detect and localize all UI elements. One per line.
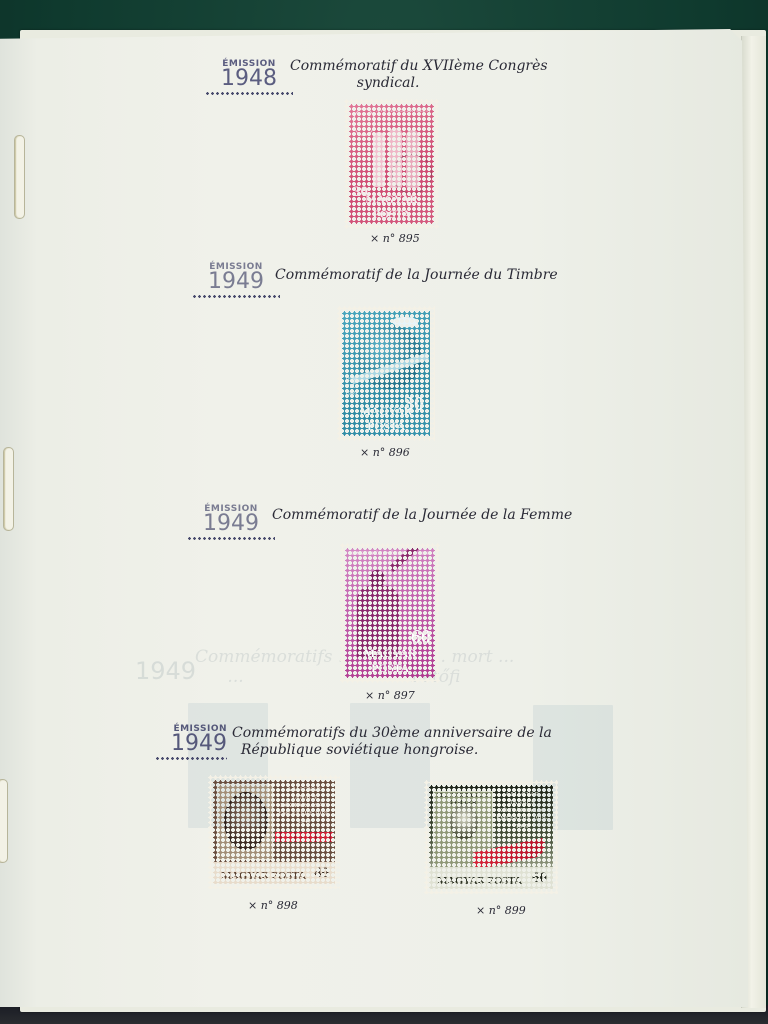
catalogue-number: × n° 897 (365, 689, 415, 702)
union-emblem-icon (353, 108, 375, 136)
section-caption: Commémoratifs du 30ème anniversaire de l… (232, 725, 552, 759)
stamp-country: MAGYAR POSTA (349, 192, 434, 222)
stamp-895[interactable]: XVII SZAKSZERVEZETI 30 MAGYAR POSTA (344, 99, 439, 229)
catalogue-number: × n° 895 (370, 232, 420, 245)
stamp-side-text: 1874 UPU 1949 (345, 377, 361, 398)
bleed-through-year: 1949 (135, 657, 196, 685)
section-caption: Commémoratif de la Journée du Timbre (275, 267, 558, 284)
inner-stamp-frame (217, 784, 273, 860)
stamp-artwork: A MAGYAR TANÁCS KÖZTÁRSASÁG EMLÉKÉRE 191… (213, 780, 335, 884)
catalogue-number: × n° 896 (360, 446, 410, 459)
postmark-icon (392, 154, 432, 194)
stamp-value: 40 (314, 865, 329, 882)
emission-year: 1949 (187, 514, 275, 534)
stamp-top-text: NEMZETKÖZI NŐNAP 1949 III. 8 (349, 551, 429, 557)
emission-stamp-1948: ÉMISSION 1948 (205, 59, 293, 95)
emission-year: 1948 (205, 69, 293, 89)
stamp-side-text: A MAGYAR TANÁCS KÖZTÁRSASÁG EMLÉKÉRE 191… (493, 791, 551, 831)
emission-stamp-1949: ÉMISSION 1949 (155, 724, 227, 760)
dotted-rule (187, 537, 275, 540)
figure-icon (373, 132, 385, 187)
catalogue-number: × n° 898 (248, 899, 298, 912)
stamp-896[interactable]: 1874 UPU 1949 30 MAGYAR POSTA (337, 306, 435, 441)
emission-stamp-1949: ÉMISSION 1949 (192, 262, 280, 298)
emission-year: 1949 (155, 734, 227, 754)
binding-slot (14, 135, 25, 219)
bleed-through-stamp (350, 703, 430, 828)
binding-slot (3, 447, 14, 531)
section-caption: Commémoratif du XVIIème Congrès syndical… (290, 58, 548, 92)
stamp-country: MAGYAR POSTA (345, 646, 435, 676)
stamp-artwork: NEMZETKÖZI NŐNAP 1949 III. 8 60 MAGYAR P… (345, 548, 435, 678)
stamp-top-text: XVII SZAKSZERVEZETI (376, 109, 430, 114)
dotted-rule (155, 757, 227, 760)
stamp-899[interactable]: MAGYAR TANÁCS 5 FILLÉR A MAGYAR TANÁCS K… (424, 780, 558, 894)
stamp-897[interactable]: NEMZETKÖZI NŐNAP 1949 III. 8 60 MAGYAR P… (340, 543, 440, 683)
stamp-value: 60 (532, 870, 547, 887)
dotted-rule (192, 295, 280, 298)
red-flags-icon (275, 832, 333, 842)
dove-icon (392, 317, 418, 327)
dotted-rule (205, 92, 293, 95)
emission-stamp-1949: ÉMISSION 1949 (187, 504, 275, 540)
section-caption: Commémoratif de la Journée de la Femme (272, 507, 572, 524)
catalogue-number: × n° 899 (476, 904, 526, 917)
portrait-icon (224, 792, 268, 850)
stamp-artwork: MAGYAR TANÁCS 5 FILLÉR A MAGYAR TANÁCS K… (429, 785, 553, 889)
portrait-icon (450, 804, 478, 840)
stamp-side-text: A MAGYAR TANÁCS KÖZTÁRSASÁG EMLÉKÉRE 191… (275, 786, 333, 826)
stamp-artwork: XVII SZAKSZERVEZETI 30 MAGYAR POSTA (349, 104, 434, 224)
inner-stamp-text: MAGYAR TANÁCS 5 FILLÉR (436, 793, 490, 807)
stamp-country: MAGYAR POSTA (342, 404, 430, 434)
binding-slot (0, 779, 8, 863)
stamp-artwork: 1874 UPU 1949 30 MAGYAR POSTA (342, 311, 430, 436)
emission-year: 1949 (192, 272, 280, 292)
stamp-898[interactable]: A MAGYAR TANÁCS KÖZTÁRSASÁG EMLÉKÉRE 191… (208, 775, 340, 889)
album-page: 1949 Commémoratifs ... ... mort ... ... … (0, 29, 748, 1007)
